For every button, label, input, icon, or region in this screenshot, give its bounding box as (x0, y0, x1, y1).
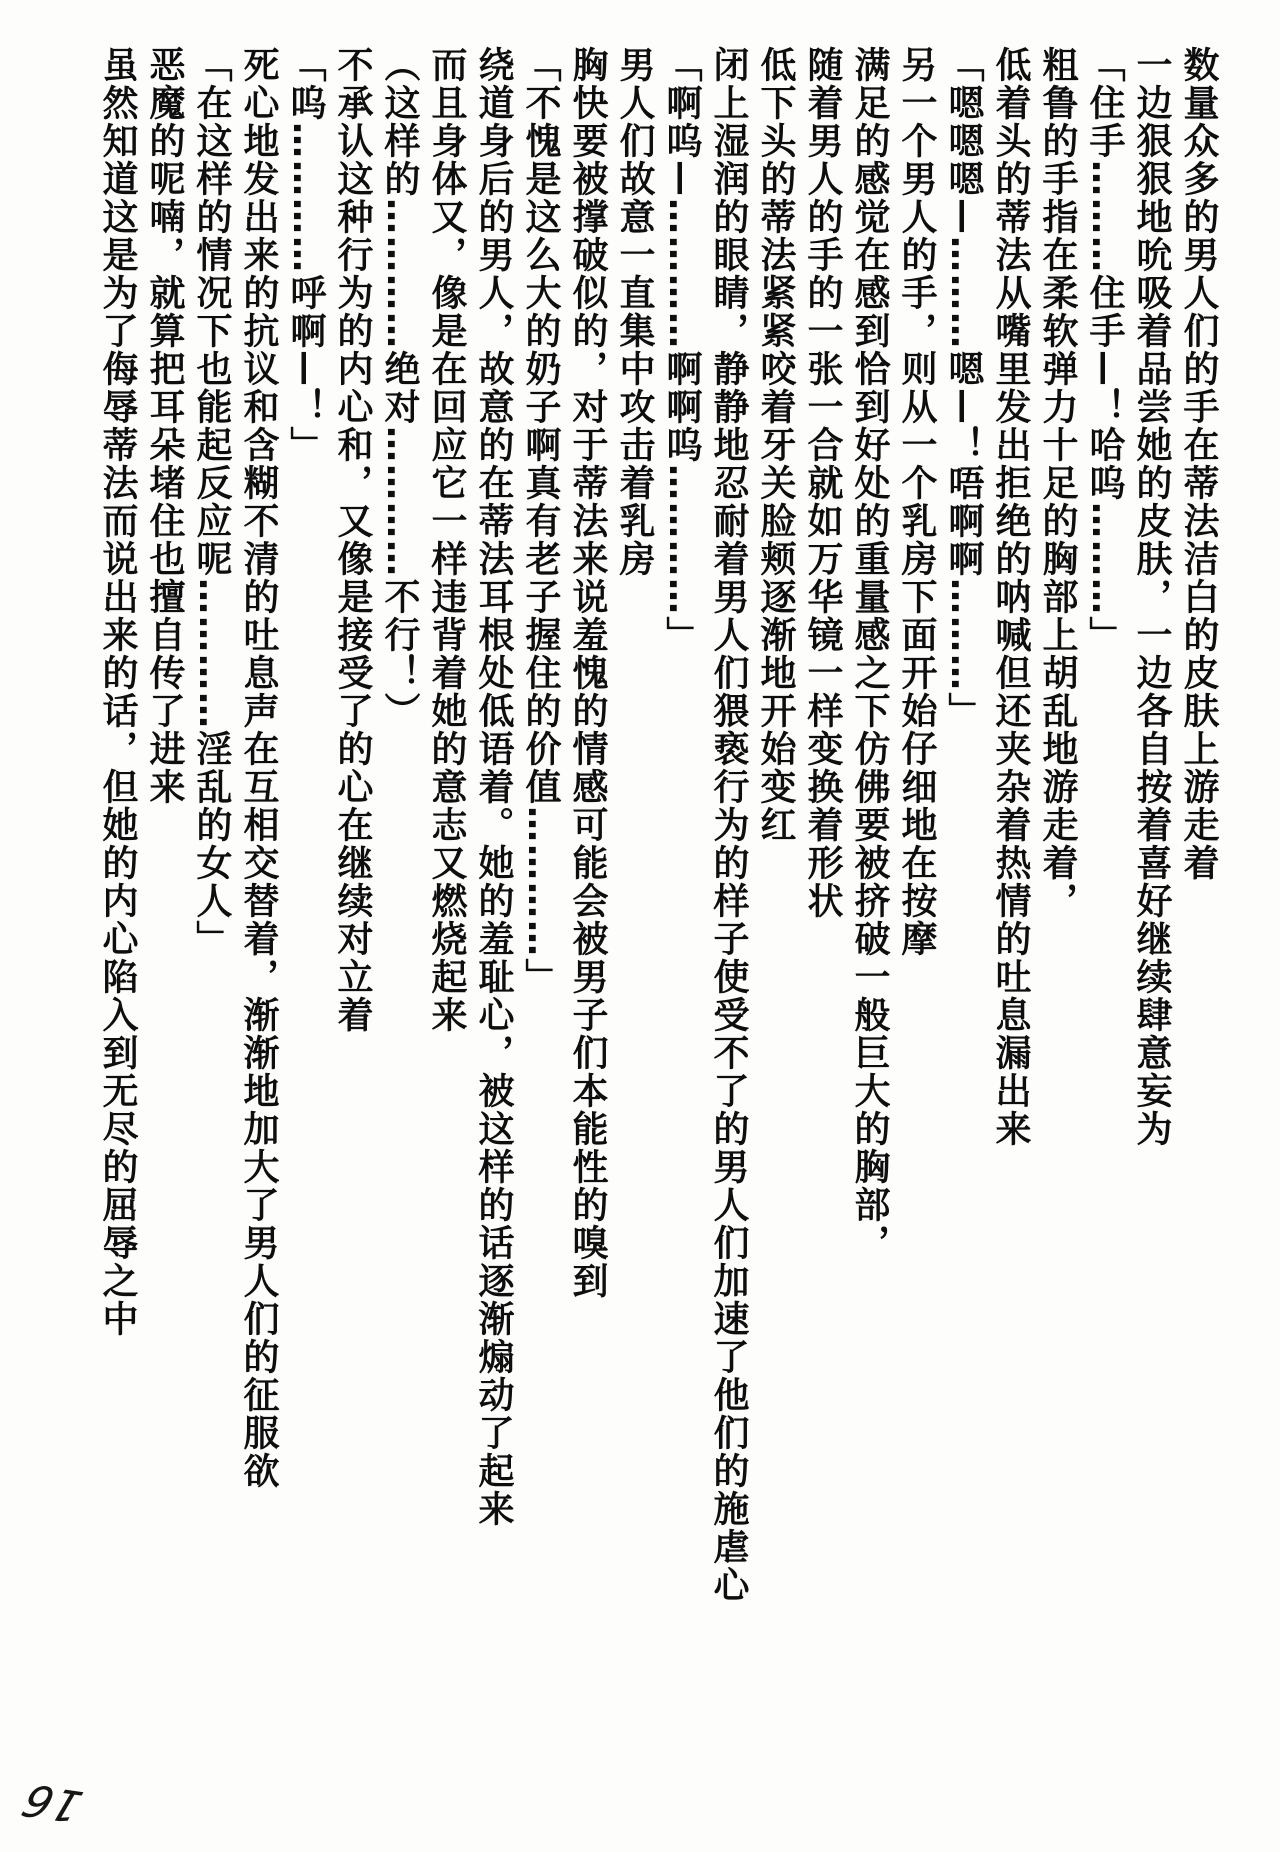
text-column-18: （这样的…………绝对…………不行！） (376, 46, 423, 1686)
text-column-13: 男人们故意一直集中攻击着乳房 (611, 46, 658, 1686)
text-column-20: 「呜…………呼啊—！」 (282, 46, 329, 1686)
text-column-9: 随着男人的手的一张一合就如万华镜一样变换着形状 (799, 46, 846, 1686)
text-column-11: 闭上湿润的眼睛，静静地忍耐着男人们猥亵行为的样子使受不了的男人们加速了他们的施虐… (705, 46, 752, 1686)
vertical-text-block: 数量众多的男人们的手在蒂法洁白的皮肤上游走着一边狠狠地吮吸着品尝她的皮肤，一边各… (94, 46, 1222, 1686)
text-column-19: 不承认这种行为的内心和，又像是接受了的心在继续对立着 (329, 46, 376, 1686)
text-column-8: 满足的感觉在感到恰到好处的重量感之下仿佛要被挤破一般巨大的胸部， (846, 46, 893, 1686)
text-column-21: 死心地发出来的抗议和含糊不清的吐息声在互相交替着，渐渐地加大了男人们的征服欲 (235, 46, 282, 1686)
text-column-15: 「不愧是这么大的奶子啊真有老子握住的价值…………」 (517, 46, 564, 1686)
text-column-5: 低着头的蒂法从嘴里发出拒绝的呐喊但还夹杂着热情的吐息漏出来 (987, 46, 1034, 1686)
page-number: 16 (4, 1759, 101, 1846)
text-column-6: 「嗯嗯嗯—………嗯—！唔啊啊………」 (940, 46, 987, 1686)
text-column-4: 粗鲁的手指在柔软弹力十足的胸部上胡乱地游走着， (1034, 46, 1081, 1686)
text-column-23: 恶魔的呢喃，就算把耳朵堵住也擅自传了进来 (141, 46, 188, 1686)
text-column-7: 另一个男人的手，则从一个乳房下面开始仔细地在按摩 (893, 46, 940, 1686)
text-column-24: 虽然知道这是为了侮辱蒂法而说出来的话，但她的内心陷入到无尽的屈辱之中 (94, 46, 141, 1686)
text-column-3: 「住手………住手—！哈呜………」 (1081, 46, 1128, 1686)
scanned-document-page: 数量众多的男人们的手在蒂法洁白的皮肤上游走着一边狠狠地吮吸着品尝她的皮肤，一边各… (0, 0, 1280, 1852)
text-column-12: 「啊呜—…………啊啊呜…………」 (658, 46, 705, 1686)
text-column-14: 胸快要被撑破似的，对于蒂法来说羞愧的情感可能会被男子们本能性的嗅到 (564, 46, 611, 1686)
text-column-2: 一边狠狠地吮吸着品尝她的皮肤，一边各自按着喜好继续肆意妄为 (1128, 46, 1175, 1686)
text-column-10: 低下头的蒂法紧紧咬着牙关脸颊逐渐地开始变红 (752, 46, 799, 1686)
text-column-16: 绕道身后的男人，故意的在蒂法耳根处低语着。她的羞耻心，被这样的话逐渐煽动了起来 (470, 46, 517, 1686)
text-column-1: 数量众多的男人们的手在蒂法洁白的皮肤上游走着 (1175, 46, 1222, 1686)
text-column-17: 而且身体又，像是在回应它一样违背着她的意志又燃烧起来 (423, 46, 470, 1686)
text-column-22: 「在这样的情况下也能起反应呢…………淫乱的女人」 (188, 46, 235, 1686)
